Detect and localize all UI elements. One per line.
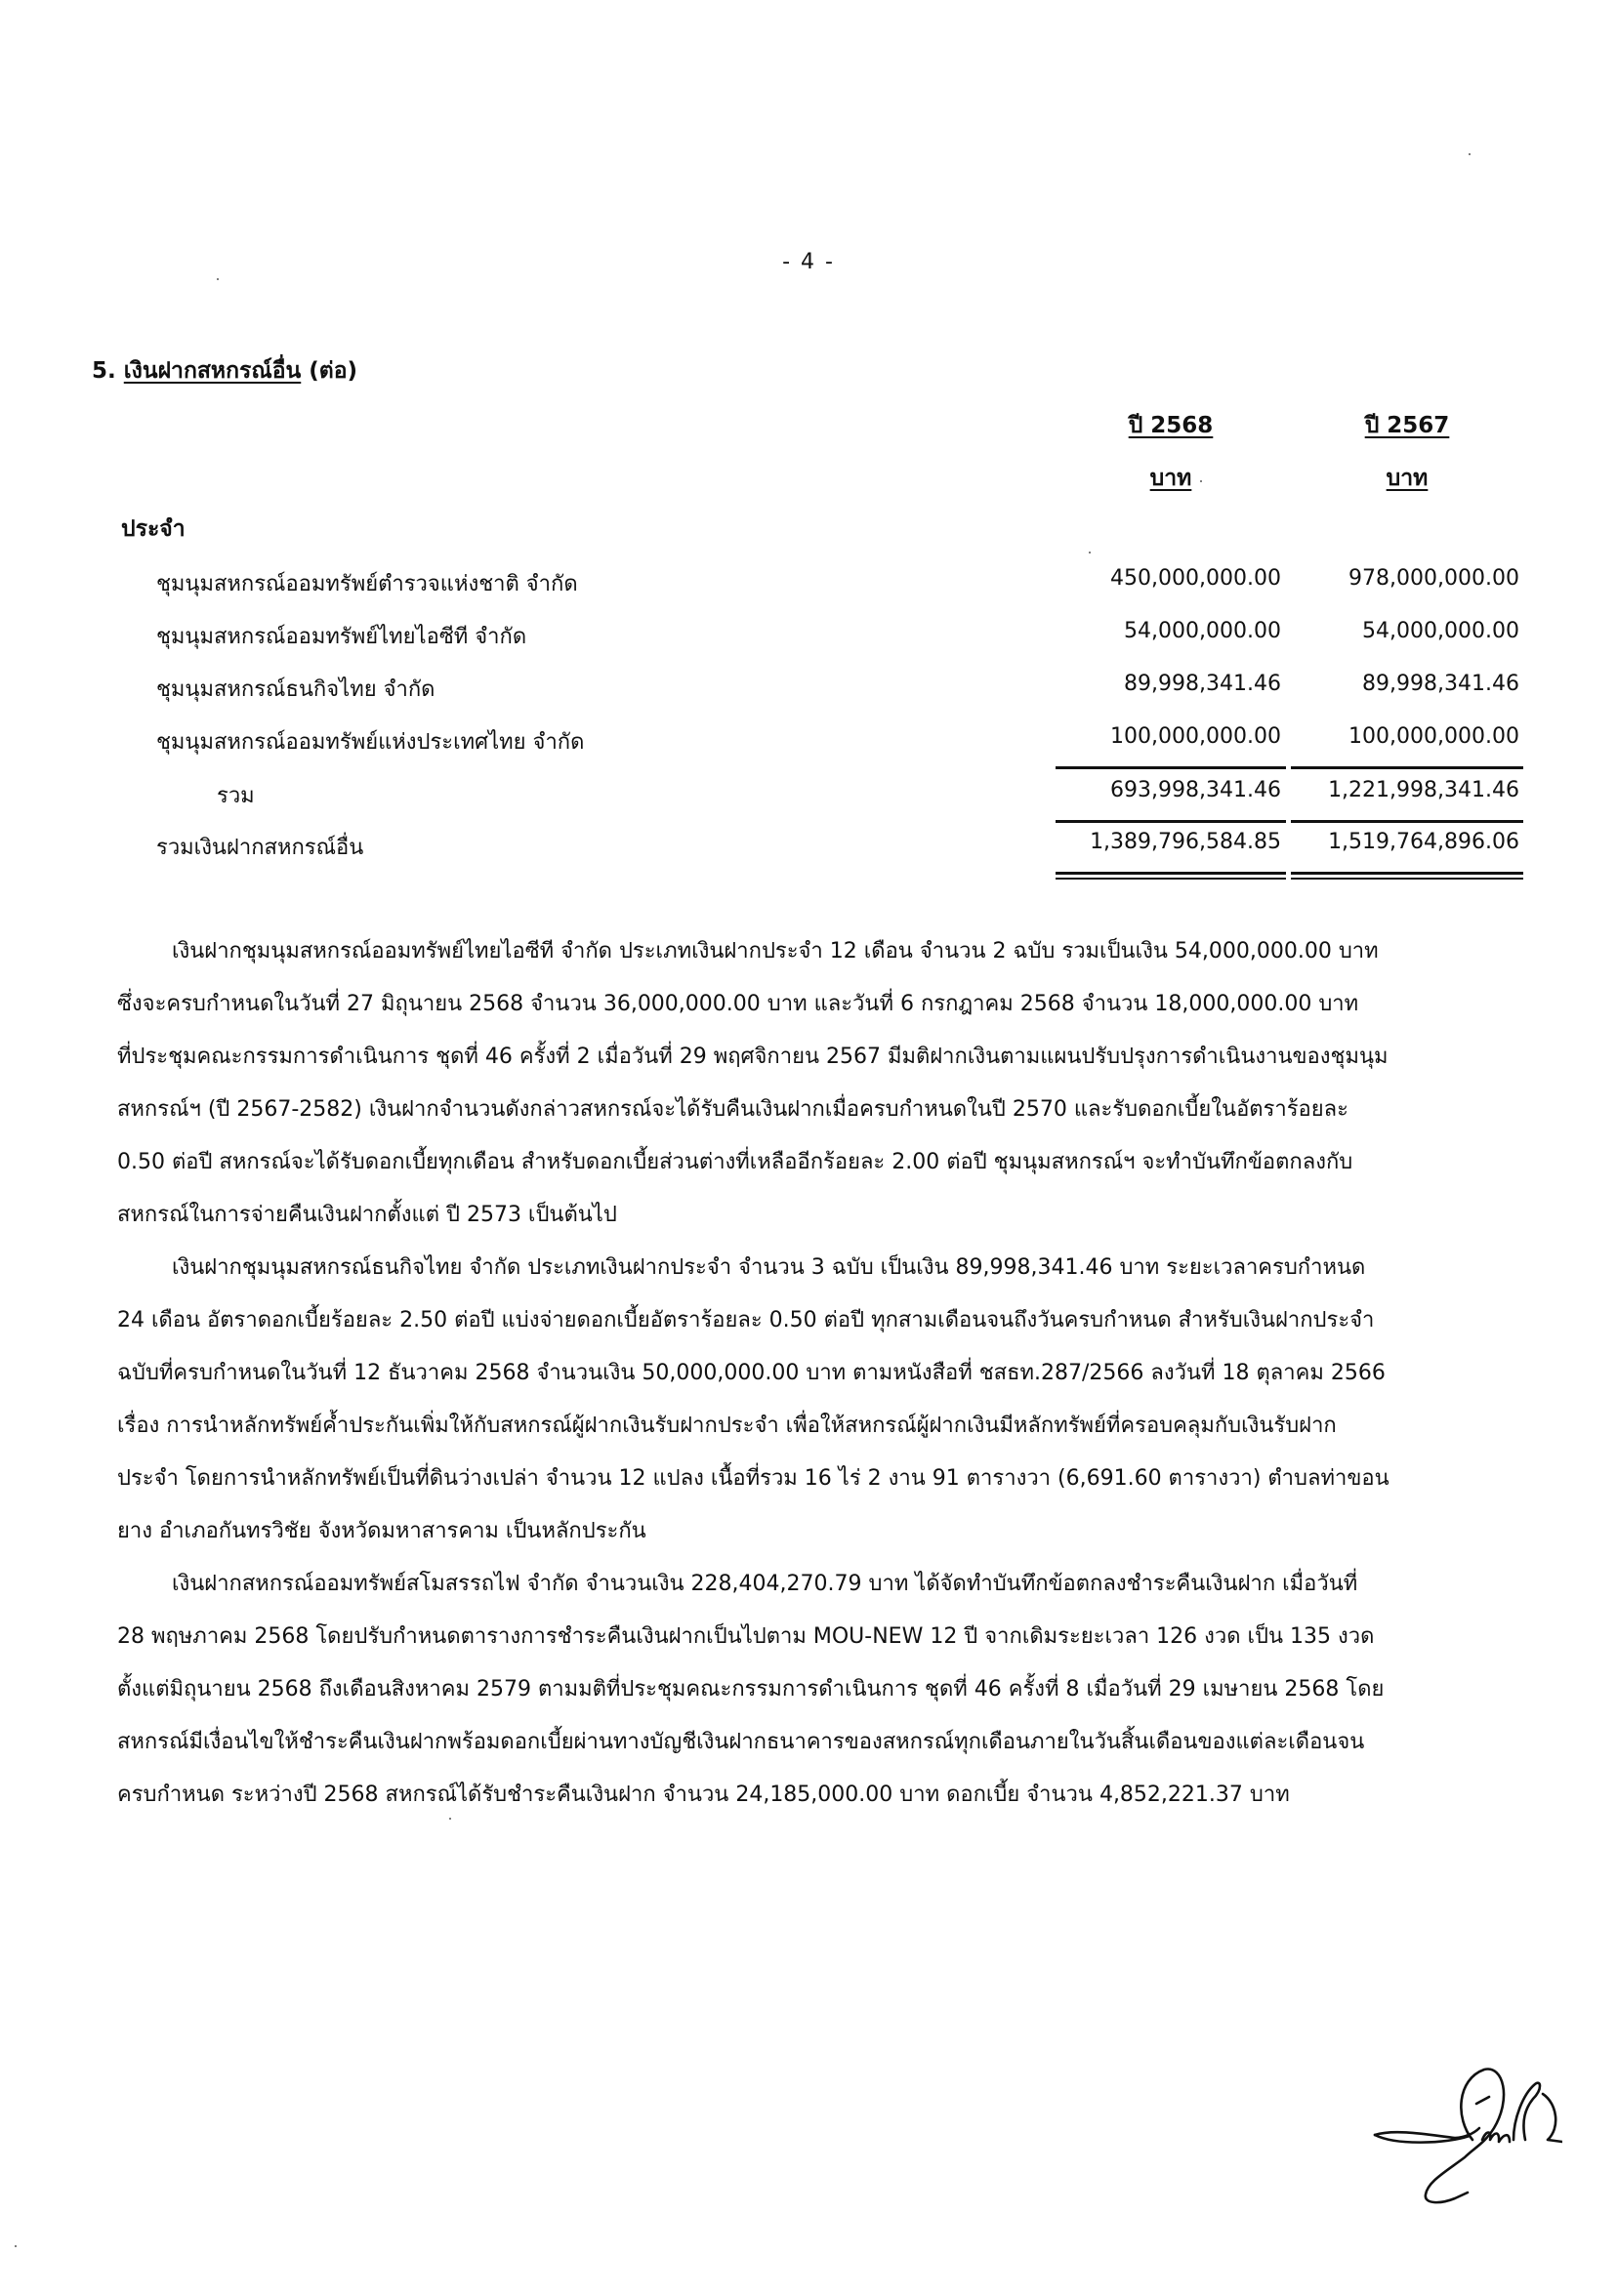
paragraph-line: สหกรณ์ฯ (ปี 2567-2582) เงินฝากจำนวนดังกล… — [117, 1084, 1523, 1136]
subtotal-rule — [1056, 766, 1286, 769]
row-value-2567: 89,998,341.46 — [1269, 672, 1519, 696]
paragraph-line: สหกรณ์มีเงื่อนไขให้ชำระคืนเงินฝากพร้อมดอ… — [117, 1716, 1523, 1769]
row-label: ชุมนุมสหกรณ์ออมทรัพย์ตำรวจแห่งชาติ จำกัด — [156, 566, 578, 600]
section-heading: 5. เงินฝากสหกรณ์อื่น (ต่อ) — [92, 353, 357, 389]
section-continued: (ต่อ) — [309, 358, 357, 384]
grand-total-value-2568: 1,389,796,584.85 — [1025, 830, 1281, 854]
section-title: เงินฝากสหกรณ์อื่น — [124, 358, 301, 384]
table-row: ชุมนุมสหกรณ์ออมทรัพย์ตำรวจแห่งชาติ จำกัด… — [0, 566, 1617, 605]
total-rule — [1056, 820, 1286, 823]
scan-speck — [449, 1818, 451, 1820]
scan-speck — [1469, 153, 1471, 155]
grand-total-value-2567: 1,519,764,896.06 — [1269, 830, 1519, 854]
page-number: - 4 - — [0, 250, 1617, 274]
row-value-2568: 450,000,000.00 — [1025, 566, 1281, 591]
grand-total-row: รวมเงินฝากสหกรณ์อื่น 1,389,796,584.85 1,… — [0, 830, 1617, 869]
handwritten-signature-icon — [1367, 2060, 1562, 2206]
double-rule-bottom — [1056, 878, 1286, 880]
paragraph-line: ฉบับที่ครบกำหนดในวันที่ 12 ธันวาคม 2568 … — [117, 1347, 1523, 1400]
scan-speck — [1200, 480, 1202, 482]
subtotal-label: รวม — [217, 778, 255, 812]
paragraph-line: 0.50 ต่อปี สหกรณ์จะได้รับดอกเบี้ยทุกเดือ… — [117, 1136, 1523, 1189]
paragraph-thai-ict: เงินฝากชุมนุมสหกรณ์ออมทรัพย์ไทยไอซีที จำ… — [117, 925, 1523, 1242]
subtotal-rule — [1291, 766, 1523, 769]
paragraph-line: ครบกำหนด ระหว่างปี 2568 สหกรณ์ได้รับชำระ… — [117, 1769, 1523, 1822]
category-label: ประจำ — [121, 512, 186, 547]
row-label: ชุมนุมสหกรณ์ออมทรัพย์แห่งประเทศไทย จำกัด — [156, 724, 584, 758]
row-label: ชุมนุมสหกรณ์ธนกิจไทย จำกัด — [156, 672, 435, 706]
scan-speck — [1089, 552, 1091, 553]
paragraph-line: สหกรณ์ในการจ่ายคืนเงินฝากตั้งแต่ ปี 2573… — [117, 1189, 1523, 1242]
double-rule-top — [1056, 872, 1286, 875]
paragraph-line: เงินฝากชุมนุมสหกรณ์ออมทรัพย์ไทยไอซีที จำ… — [117, 925, 1523, 978]
column-year-2567: ปี 2567 — [1291, 408, 1523, 443]
paragraph-line: ยาง อำเภอกันทรวิชัย จังหวัดมหาสารคาม เป็… — [117, 1505, 1523, 1558]
row-value-2568: 54,000,000.00 — [1025, 619, 1281, 643]
paragraph-line: 28 พฤษภาคม 2568 โดยปรับกำหนดตารางการชำระ… — [117, 1611, 1523, 1663]
paragraph-thanakij-thai: เงินฝากชุมนุมสหกรณ์ธนกิจไทย จำกัด ประเภท… — [117, 1242, 1523, 1558]
column-unit-2567: บาท — [1291, 461, 1523, 496]
paragraph-line: 24 เดือน อัตราดอกเบี้ยร้อยละ 2.50 ต่อปี … — [117, 1294, 1523, 1347]
paragraph-line: ที่ประชุมคณะกรรมการดำเนินการ ชุดที่ 46 ค… — [117, 1031, 1523, 1084]
row-value-2567: 978,000,000.00 — [1269, 566, 1519, 591]
total-rule — [1291, 820, 1523, 823]
paragraph-line: ซึ่งจะครบกำหนดในวันที่ 27 มิถุนายน 2568 … — [117, 978, 1523, 1031]
row-value-2567: 100,000,000.00 — [1269, 724, 1519, 749]
column-year-2568: ปี 2568 — [1055, 408, 1287, 443]
subtotal-value-2568: 693,998,341.46 — [1025, 778, 1281, 802]
row-value-2567: 54,000,000.00 — [1269, 619, 1519, 643]
section-number: 5. — [92, 358, 116, 384]
paragraph-line: เงินฝากชุมนุมสหกรณ์ธนกิจไทย จำกัด ประเภท… — [117, 1242, 1523, 1294]
subtotal-value-2567: 1,221,998,341.46 — [1269, 778, 1519, 802]
subtotal-row: รวม 693,998,341.46 1,221,998,341.46 — [0, 778, 1617, 817]
paragraph-line: เรื่อง การนำหลักทรัพย์ค้ำประกันเพิ่มให้ก… — [117, 1400, 1523, 1453]
scan-speck — [217, 278, 219, 280]
double-rule-top — [1291, 872, 1523, 875]
grand-total-label: รวมเงินฝากสหกรณ์อื่น — [156, 830, 363, 864]
table-row: ชุมนุมสหกรณ์ธนกิจไทย จำกัด 89,998,341.46… — [0, 672, 1617, 711]
scan-speck — [15, 2245, 17, 2247]
row-value-2568: 100,000,000.00 — [1025, 724, 1281, 749]
table-row: ชุมนุมสหกรณ์ออมทรัพย์ไทยไอซีที จำกัด 54,… — [0, 619, 1617, 658]
row-label: ชุมนุมสหกรณ์ออมทรัพย์ไทยไอซีที จำกัด — [156, 619, 526, 653]
column-unit-2568: บาท — [1055, 461, 1287, 496]
paragraph-line: ตั้งแต่มิถุนายน 2568 ถึงเดือนสิงหาคม 257… — [117, 1663, 1523, 1716]
double-rule-bottom — [1291, 878, 1523, 880]
paragraph-line: เงินฝากสหกรณ์ออมทรัพย์สโมสรรถไฟ จำกัด จำ… — [117, 1558, 1523, 1611]
paragraph-line: ประจำ โดยการนำหลักทรัพย์เป็นที่ดินว่างเป… — [117, 1453, 1523, 1505]
paragraph-railway-club: เงินฝากสหกรณ์ออมทรัพย์สโมสรรถไฟ จำกัด จำ… — [117, 1558, 1523, 1822]
row-value-2568: 89,998,341.46 — [1025, 672, 1281, 696]
table-row: ชุมนุมสหกรณ์ออมทรัพย์แห่งประเทศไทย จำกัด… — [0, 724, 1617, 763]
